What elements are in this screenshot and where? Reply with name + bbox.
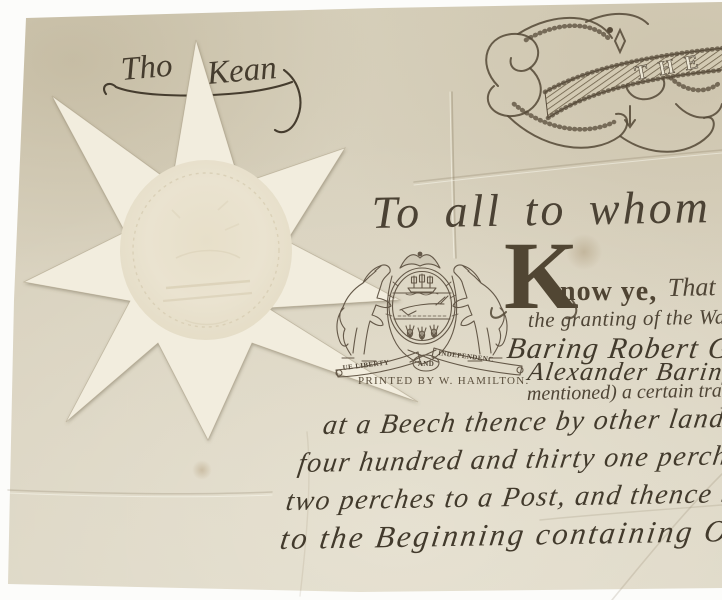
document-photo: Tho Kean To all to whom th bbox=[0, 0, 722, 600]
coat-of-arms-engraving: UE LIBERTY AND INDEPENDENC PRINTED BY W.… bbox=[336, 252, 530, 387]
motto-center: AND bbox=[418, 360, 434, 368]
crease-horizontal-left bbox=[8, 490, 272, 494]
eagle-head bbox=[418, 252, 423, 257]
know-ye-follow: That bbox=[668, 272, 717, 302]
flourish-curl-1 bbox=[486, 34, 538, 86]
ribbon-curl-right bbox=[517, 367, 523, 373]
shield-plow bbox=[398, 296, 448, 316]
eagle-crest bbox=[400, 252, 440, 268]
script-line-3: two perches to a Post, and thence by bbox=[284, 478, 722, 517]
signature-fragment-left: Tho bbox=[120, 48, 174, 88]
line-granting: the granting of the Warra bbox=[528, 304, 722, 332]
know-ye-text: now ye, bbox=[560, 276, 657, 307]
flourish-curl-2 bbox=[488, 68, 541, 116]
beaded-curl-1 bbox=[526, 26, 610, 40]
printer-credit: PRINTED BY W. HAMILTON. bbox=[358, 375, 530, 387]
crease-diagonal-top-highlight bbox=[414, 153, 722, 185]
signature-paraph-hook bbox=[275, 70, 300, 132]
dot-ornament bbox=[607, 27, 613, 33]
shield-ship bbox=[406, 274, 438, 295]
flourish-curl-7 bbox=[676, 104, 722, 118]
script-line-2: four hundred and thirty one perch bbox=[296, 441, 722, 479]
crease-diagonal-top bbox=[414, 150, 722, 182]
shield bbox=[389, 268, 455, 344]
eagle-wings bbox=[400, 255, 440, 268]
line-mentioned: mentioned) a certain tract bbox=[527, 379, 722, 405]
signature-fragment-right: Kean bbox=[205, 50, 279, 92]
shield-dividers bbox=[393, 293, 451, 319]
calligraphic-header: THE bbox=[486, 14, 722, 152]
document-artwork: Tho Kean To all to whom th bbox=[0, 0, 722, 600]
horse-right bbox=[453, 265, 507, 355]
script-line-4: to the Beginning containing On bbox=[278, 513, 722, 556]
flourish-curl-4 bbox=[508, 114, 627, 148]
script-line-1: at a Beech thence by other land of sa bbox=[321, 402, 722, 441]
diamond-ornament bbox=[615, 30, 625, 52]
